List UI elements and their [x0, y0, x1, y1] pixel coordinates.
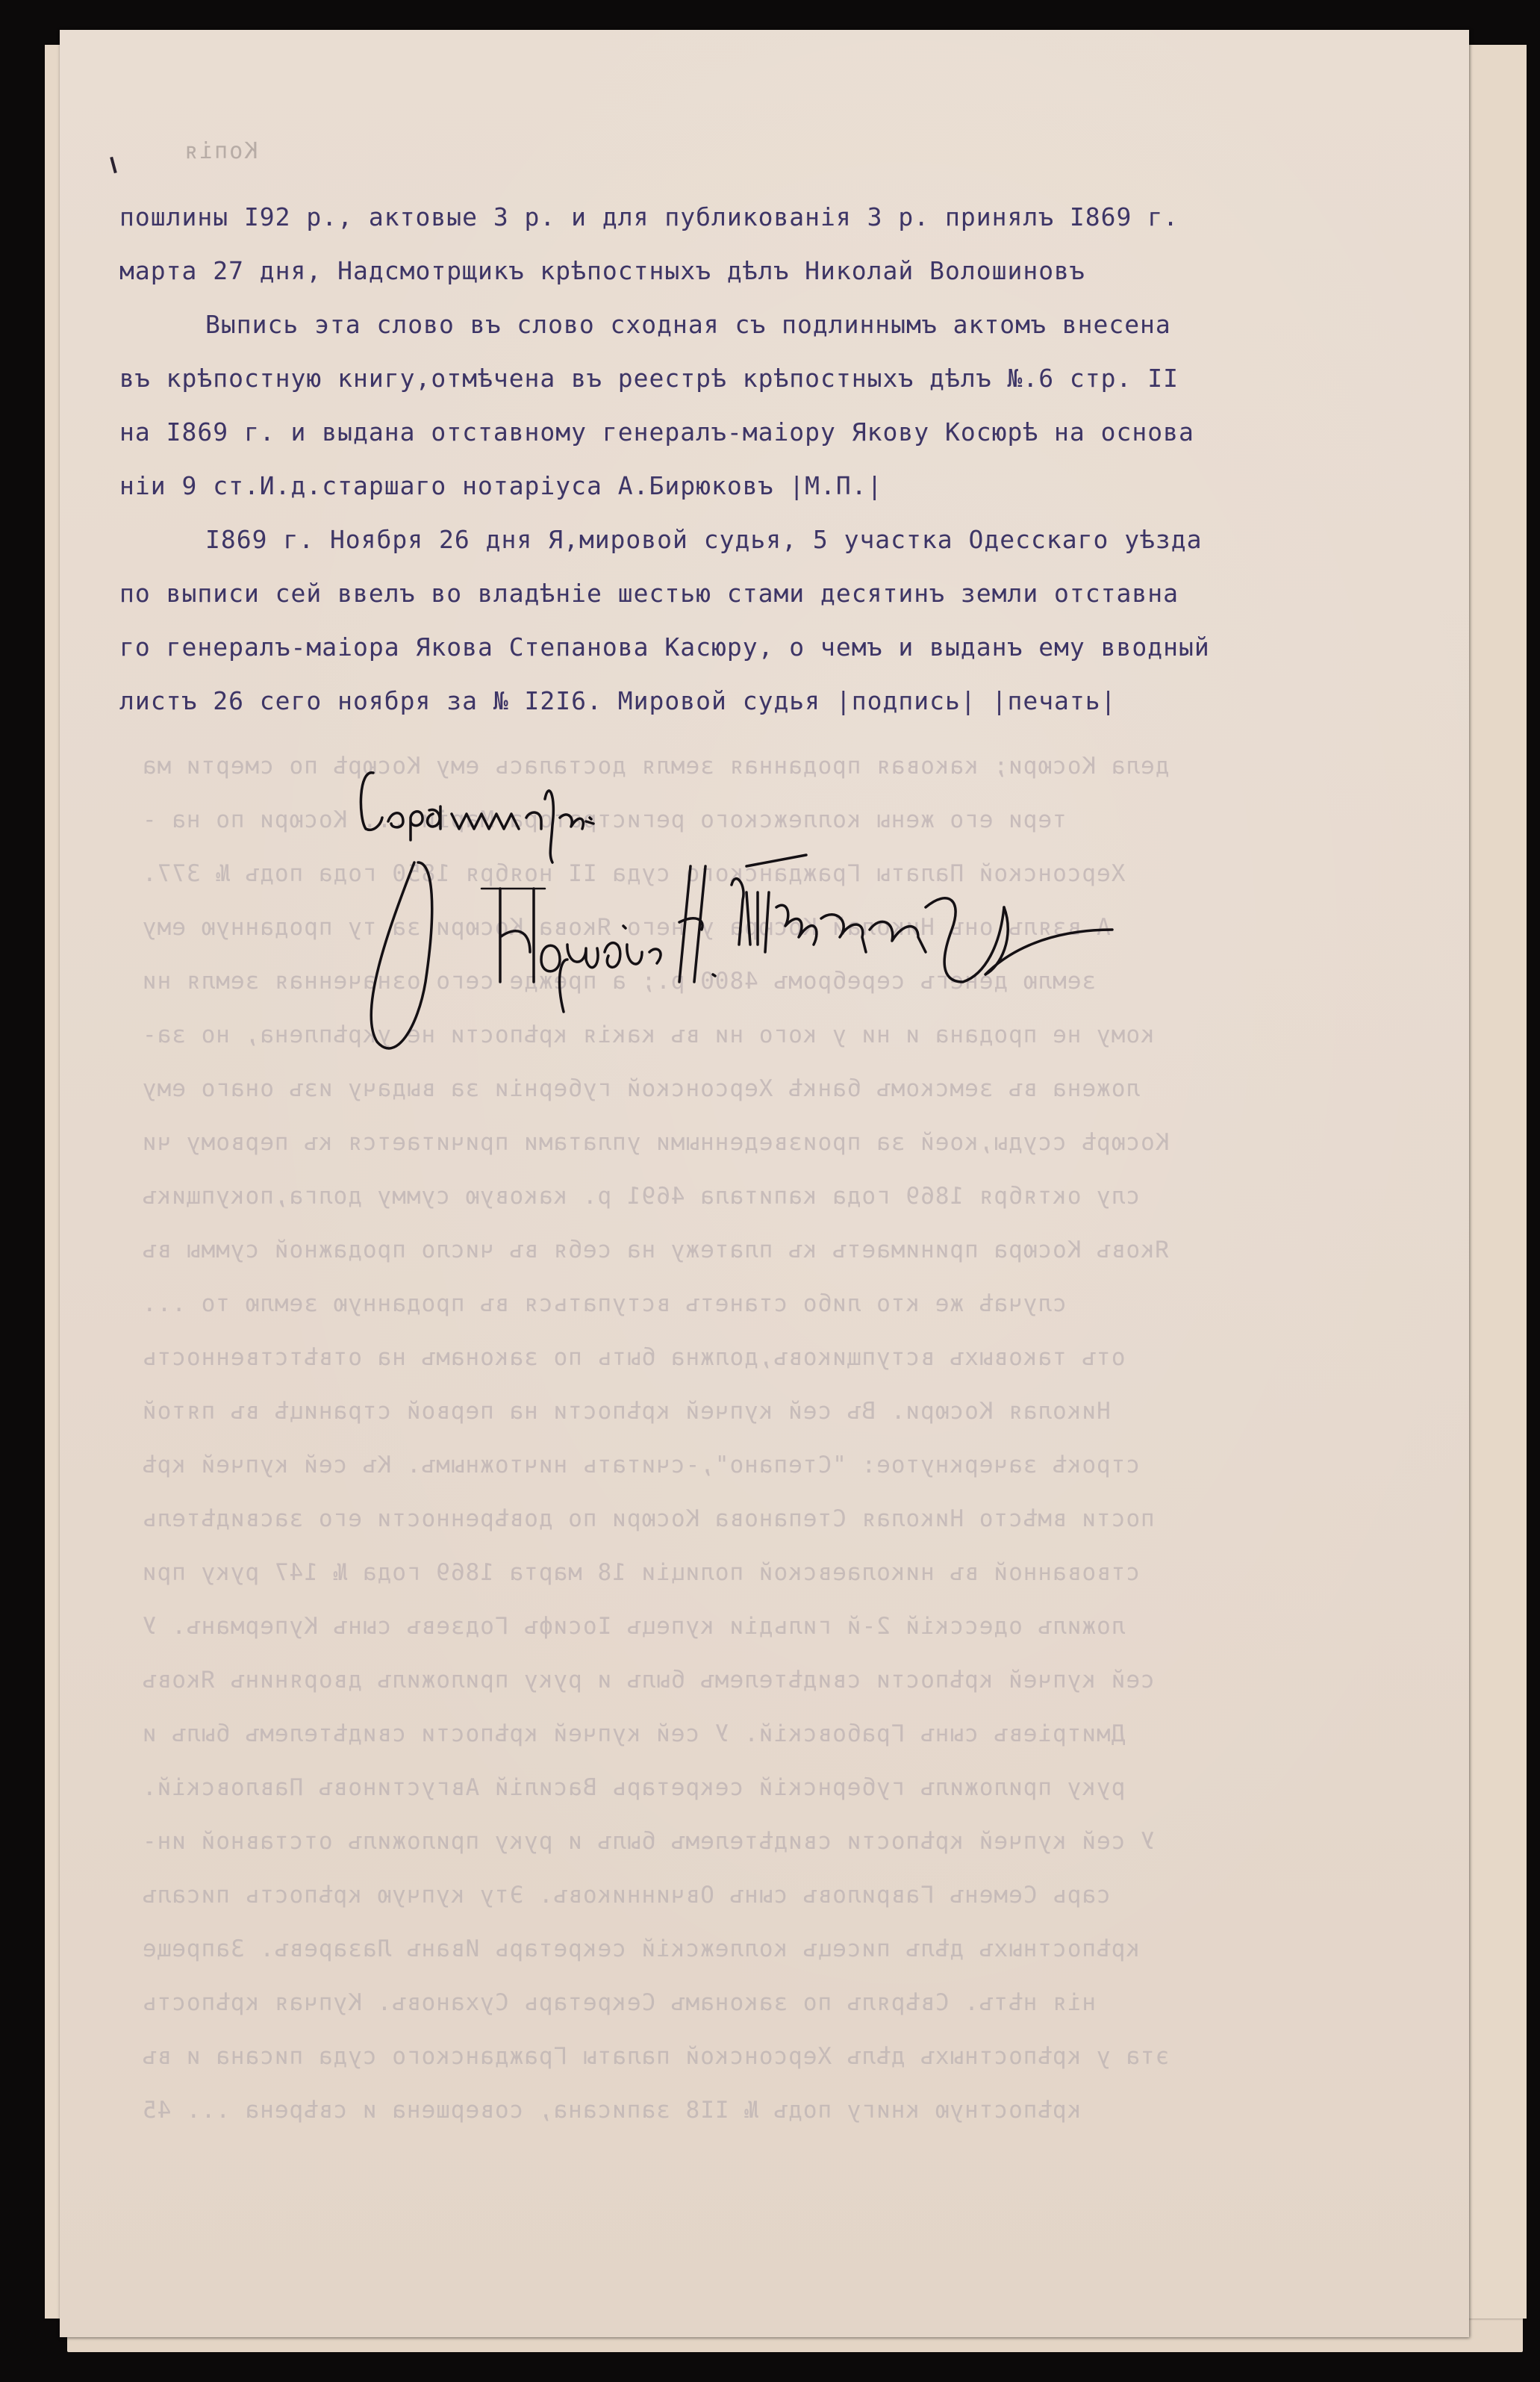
typed-line: го генералъ-маіора Якова Степанова Касюр…: [119, 621, 1403, 674]
signature-strokes-icon: [328, 736, 1299, 1072]
typed-line: въ крѣпостную книгу,отмѣчена въ реестрѣ …: [119, 352, 1403, 405]
typed-line: листъ 26 сего ноября за № I2I6. Мировой …: [119, 674, 1403, 728]
typed-line: на I869 г. и выдана отставному генералъ-…: [119, 405, 1403, 459]
typed-text-block: пошлины I92 р., актовые 3 р. и для публи…: [119, 190, 1403, 728]
copy-stamp-mirrored: Копія: [183, 138, 258, 164]
typed-line: пошлины I92 р., актовые 3 р. и для публи…: [119, 190, 1403, 244]
typed-line: марта 27 дня, Надсмотрщикъ крѣпостныхъ д…: [119, 244, 1403, 298]
handwritten-certification: Съ подлиннымъ вѣрно: Нотаріусъ Н. Шипуле…: [328, 736, 1299, 1072]
typed-line: I869 г. Ноября 26 дня Я,мировой судья, 5…: [119, 513, 1403, 567]
typed-line: ніи 9 ст.И.д.старшаго нотаріуса А.Бирюко…: [119, 459, 1403, 513]
typed-line: по выписи сей ввелъ во владѣніе шестью с…: [119, 567, 1403, 621]
typed-line: Выпись эта слово въ слово сходная съ под…: [119, 298, 1403, 352]
notary-signature-text: Нотаріусъ Н. Шипулевичъ: [328, 736, 329, 736]
